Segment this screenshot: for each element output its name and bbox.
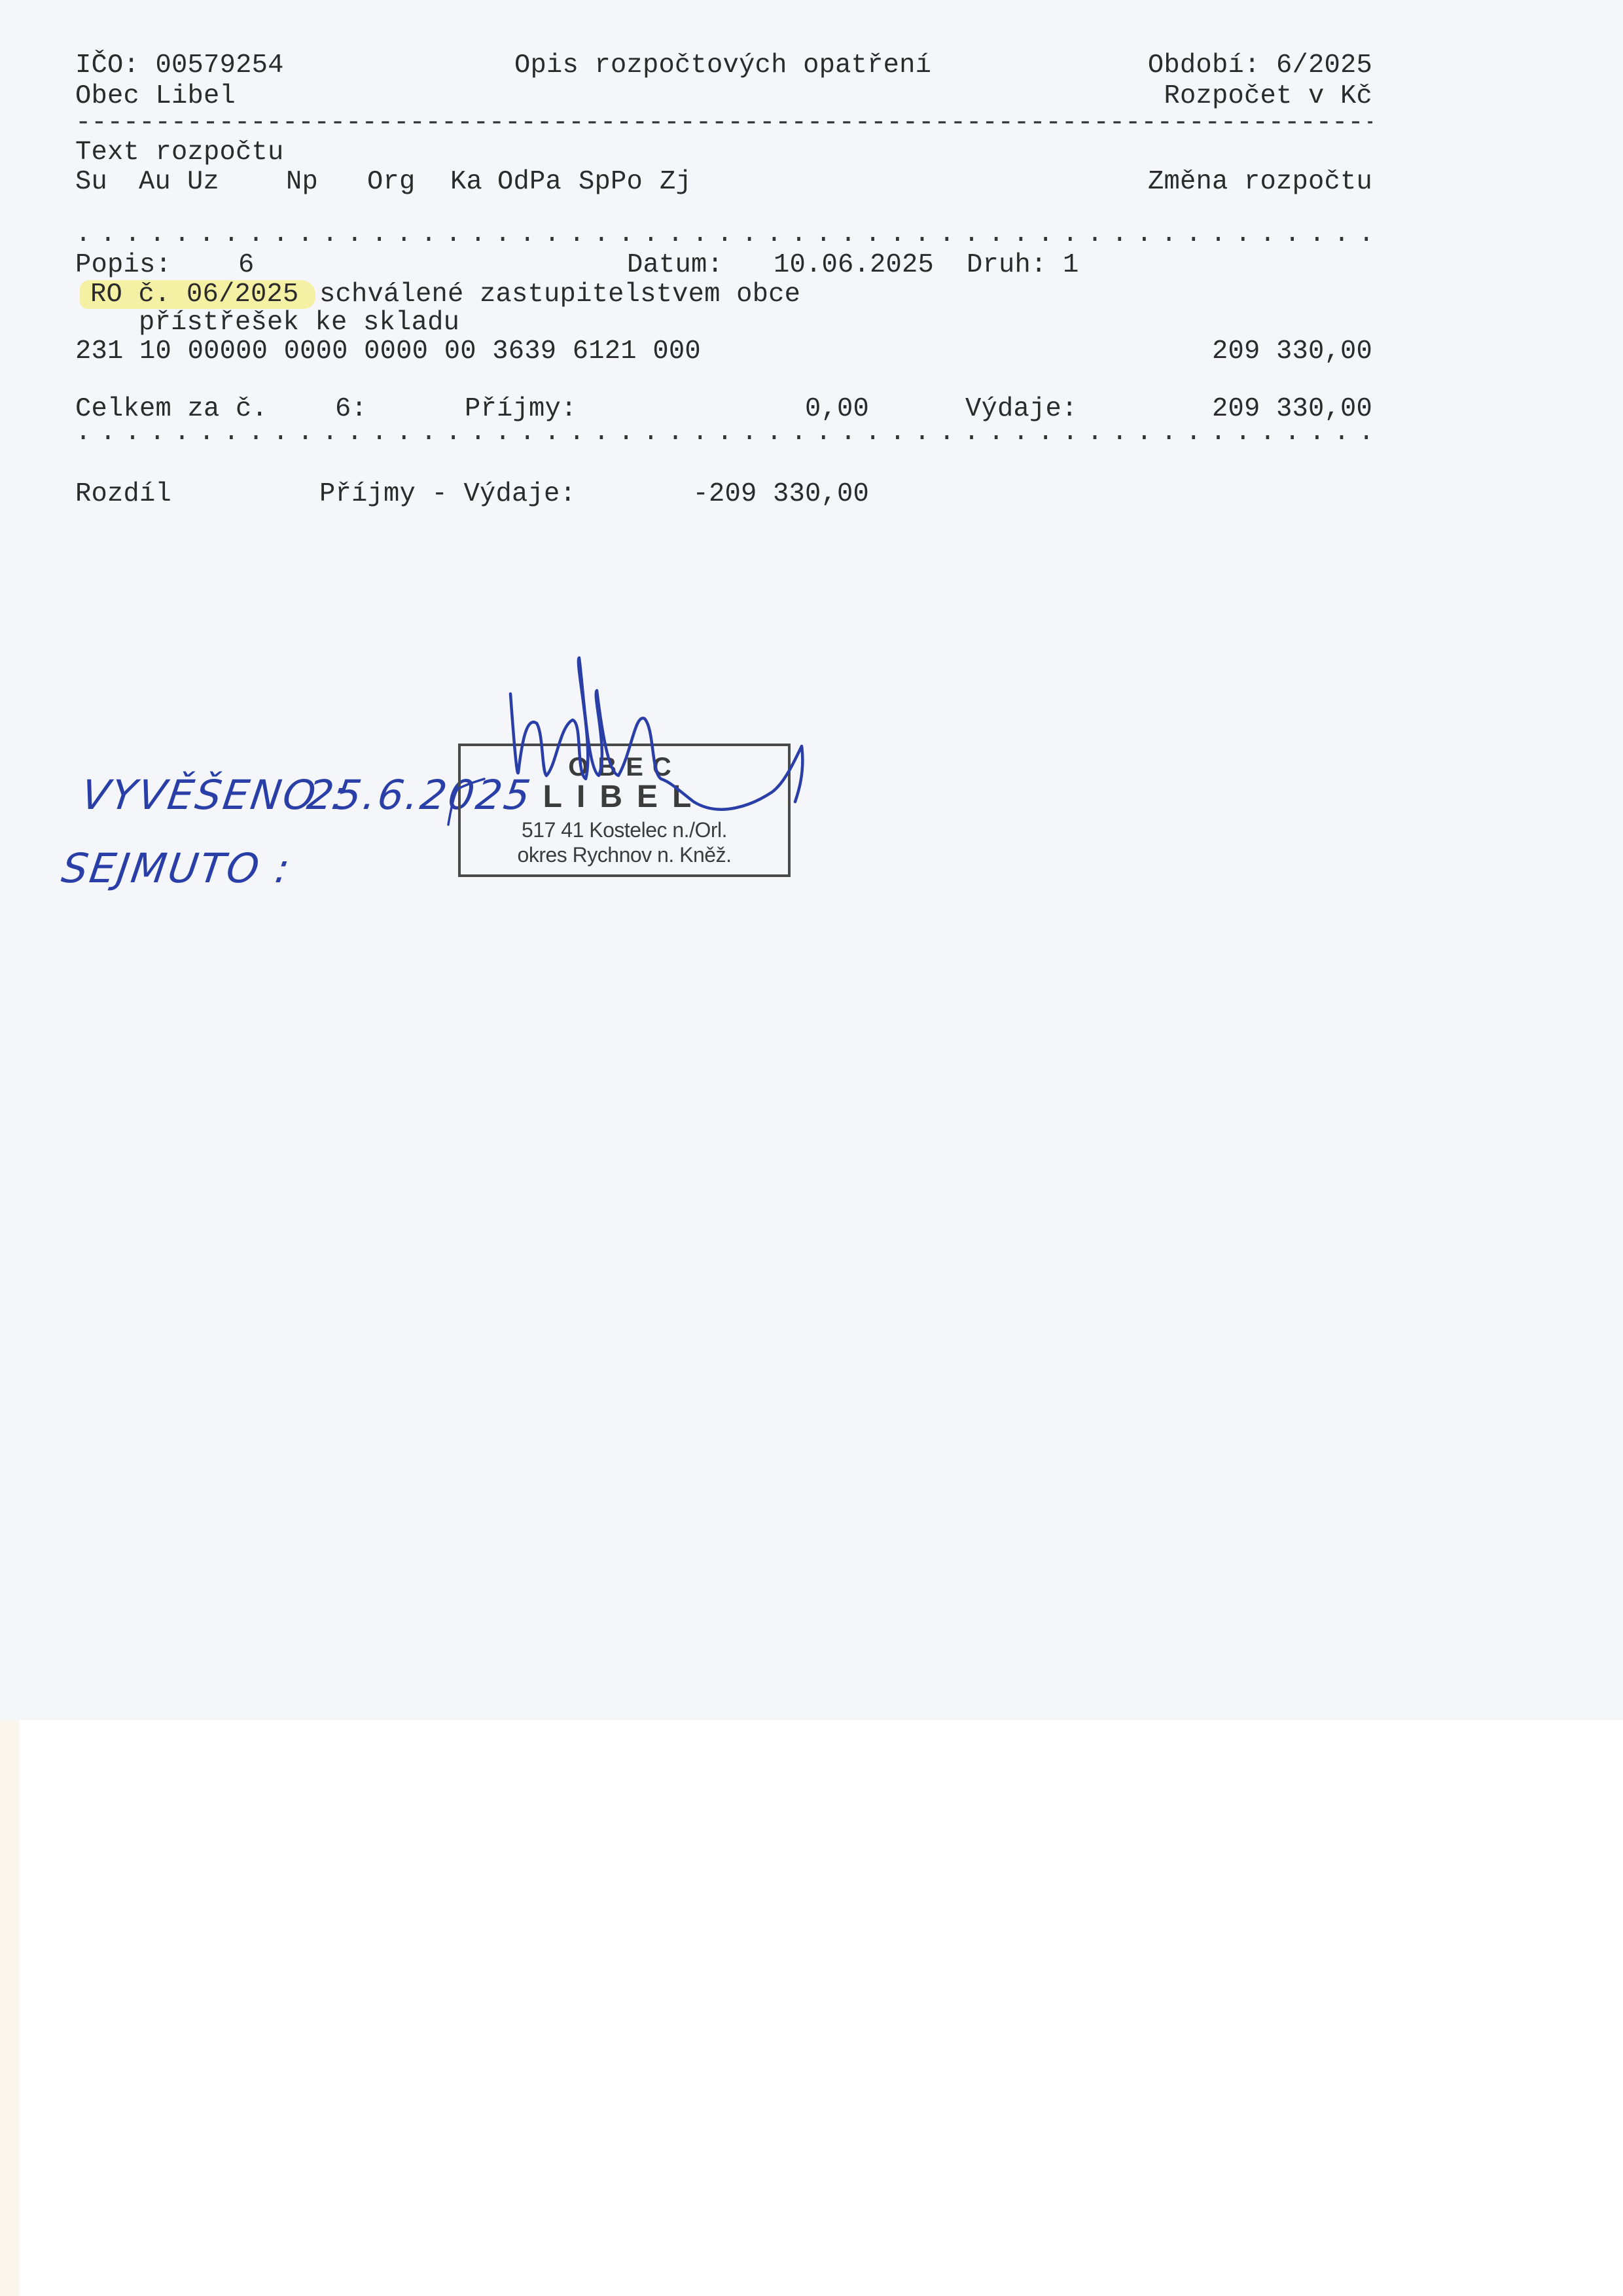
val-au: 10 [139, 336, 171, 367]
ro-number: RO č. 06/2025 [90, 279, 299, 310]
col-odpa: OdPa [497, 167, 562, 197]
dashed-divider: ----------------------------------------… [75, 108, 1372, 138]
datum-label: Datum: [627, 250, 723, 280]
val-np: 0000 [284, 336, 348, 367]
document-title: Opis rozpočtových opatření [514, 50, 931, 81]
col-org: Org [367, 167, 416, 197]
line-amount: 209 330,00 [1212, 336, 1372, 367]
col-au: Au [139, 167, 171, 197]
signature-icon [445, 641, 851, 890]
period: Období: 6/2025 [1148, 50, 1372, 81]
val-ka: 00 [444, 336, 476, 367]
ico-line: IČO: 00579254 [75, 50, 284, 81]
val-zj: 000 [652, 336, 701, 367]
col-ka: Ka [450, 167, 482, 197]
description-line1: schválené zastupitelstvem obce [319, 279, 800, 310]
municipality-name: Obec Libel [75, 81, 236, 111]
col-np: Np [286, 167, 318, 197]
val-org: 0000 [364, 336, 428, 367]
col-uz: Uz [187, 167, 219, 197]
ico-value: 00579254 [156, 50, 284, 81]
scan-lower-area [20, 1720, 1623, 2296]
rozdil-formula: Příjmy - Výdaje: [319, 479, 576, 509]
rozdil-label: Rozdíl [75, 479, 171, 509]
dotted-divider: ........................................… [75, 219, 1372, 249]
col-amount-header: Změna rozpočtu [1148, 167, 1372, 197]
popis-value: 6 [238, 250, 255, 280]
val-sppo: 6121 [573, 336, 637, 367]
val-su: 231 [75, 336, 124, 367]
handwritten-removed-label: SEJMUTO : [59, 844, 294, 892]
druh-label: Druh: [967, 250, 1047, 280]
currency-note: Rozpočet v Kč [1164, 81, 1372, 111]
period-label: Období: [1148, 50, 1260, 81]
scan-edge [0, 1720, 20, 2296]
col-su: Su [75, 167, 107, 197]
text-rozpoctu-label: Text rozpočtu [75, 137, 284, 168]
description-line2: přístřešek ke skladu [139, 308, 459, 338]
val-uz: 00000 [188, 336, 268, 367]
druh-value: 1 [1063, 250, 1079, 280]
budget-line-row: 231 10 00000 0000 0000 00 3639 6121 000 [75, 336, 701, 367]
col-zj: Zj [660, 167, 692, 197]
popis-label: Popis: [75, 250, 171, 280]
col-sppo: SpPo [579, 167, 643, 197]
dotted-divider-2: ........................................… [75, 418, 1372, 448]
val-odpa: 3639 [492, 336, 556, 367]
period-value: 6/2025 [1276, 50, 1372, 81]
datum-value: 10.06.2025 [774, 250, 934, 280]
ico-label: IČO: [75, 50, 139, 81]
druh: Druh: 1 [967, 250, 1079, 280]
rozdil-value: -209 330,00 [692, 479, 869, 509]
